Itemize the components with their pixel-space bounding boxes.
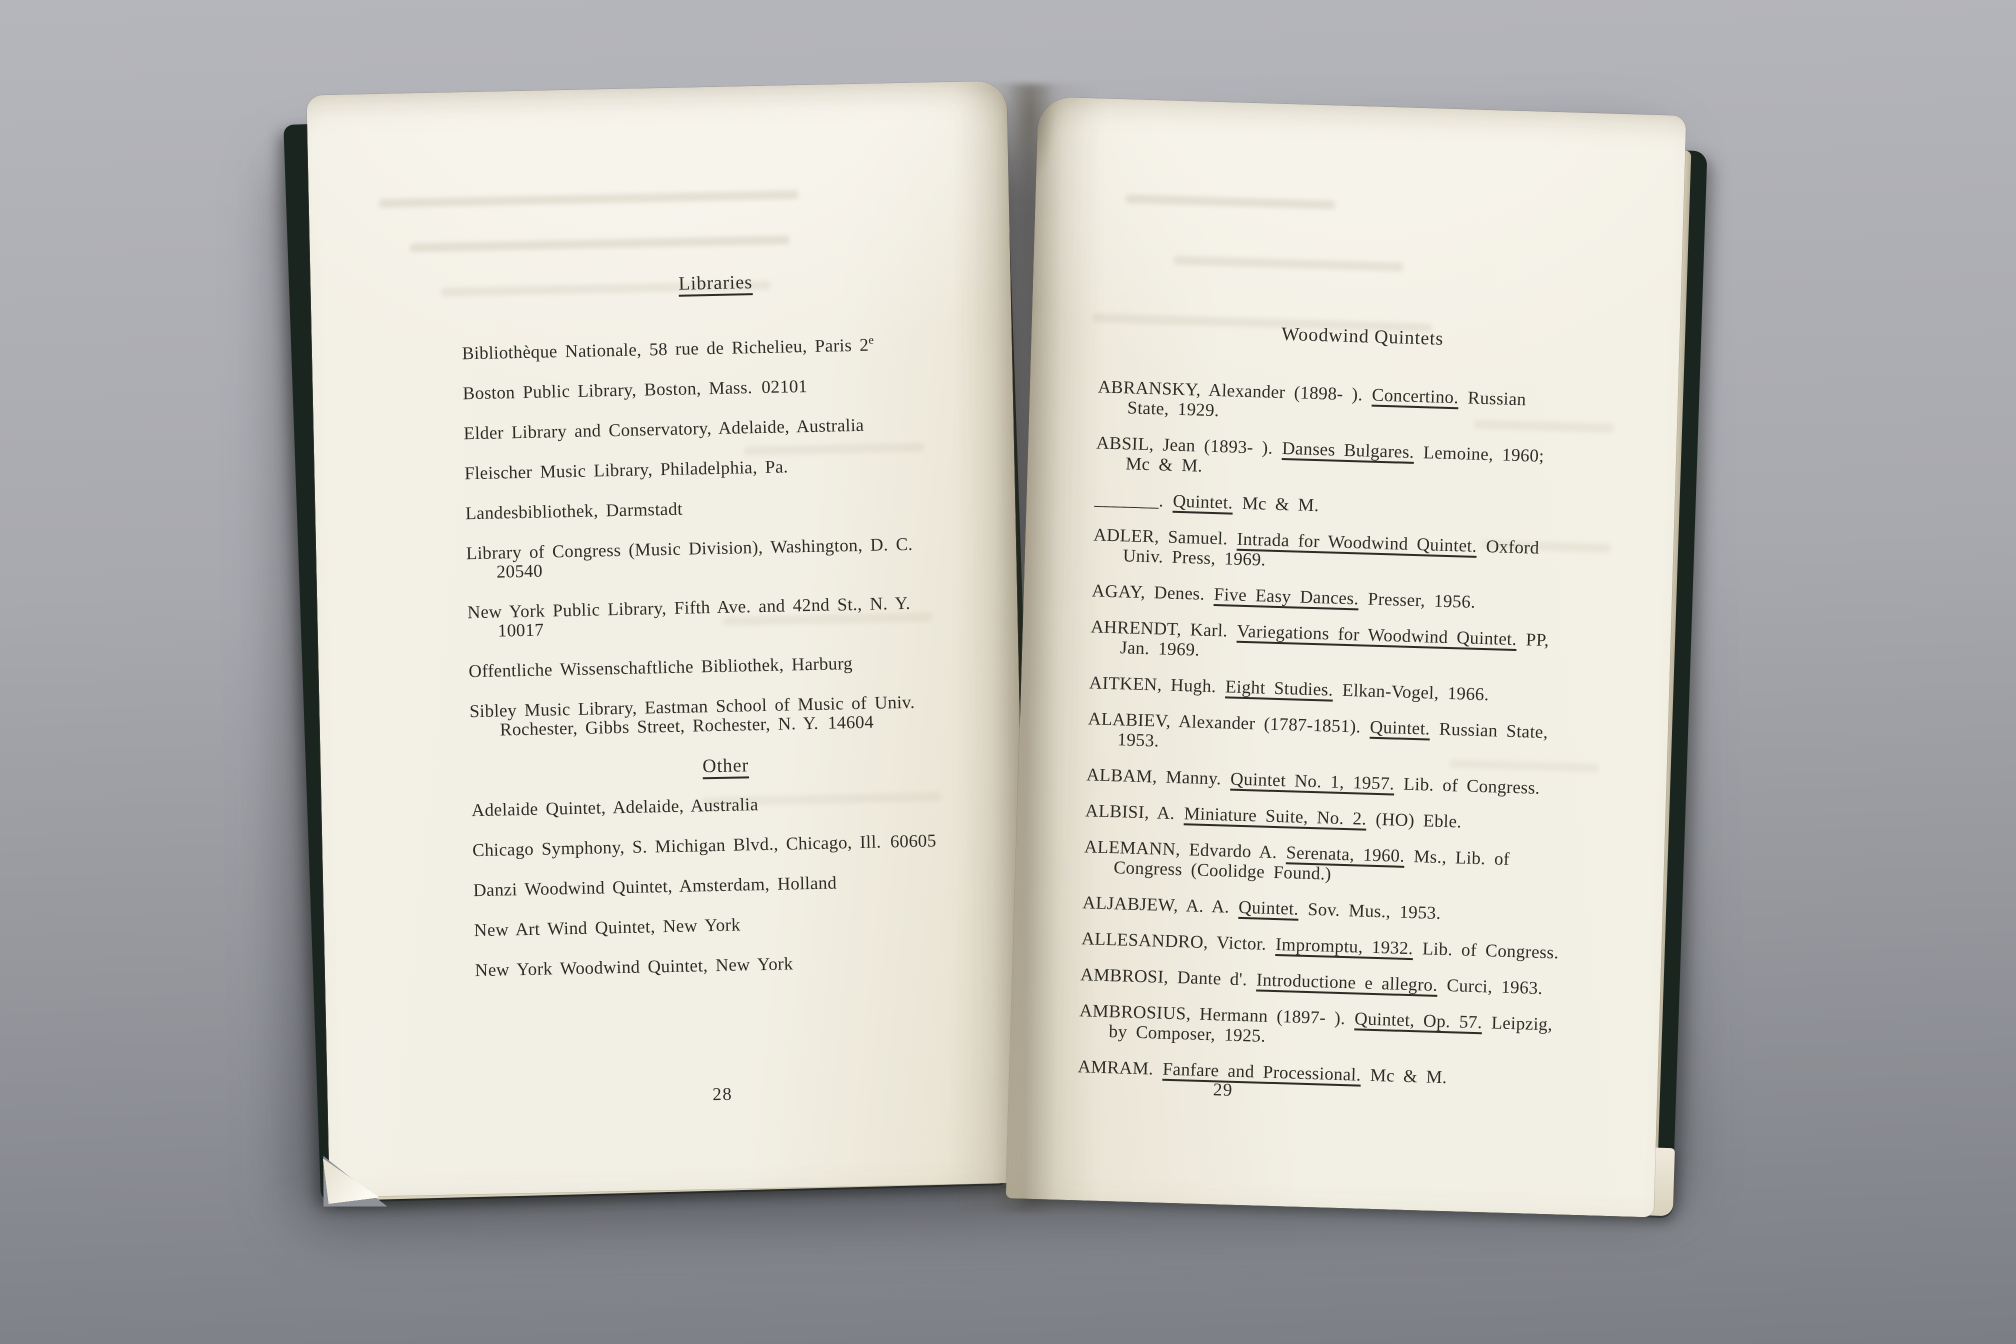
entry-text: PP, — [1516, 629, 1549, 650]
entry-text: Russian — [1458, 387, 1526, 409]
bibliography-entry: New Art Wind Quintet, New York — [474, 910, 984, 940]
entry-text: Leipzig, — [1482, 1012, 1553, 1034]
woodwind-quintets-entries: ABRANSKY, Alexander (1898- ). Concertino… — [1077, 377, 1624, 1092]
entry-text: ALLESANDRO, Victor. — [1081, 928, 1276, 954]
entry-text: State, 1929. — [1127, 397, 1219, 420]
entry-text: AGAY, Denes. — [1092, 580, 1215, 604]
bibliography-entry: ADLER, Samuel. Intrada for Woodwind Quin… — [1093, 524, 1620, 580]
bibliography-entry: ALEMANN, Edvardo A. Serenata, 1960. Ms.,… — [1083, 836, 1610, 892]
page-title-woodwind-quintets: Woodwind Quintets — [1099, 319, 1625, 357]
bibliography-entry: Landesbibliothek, Darmstadt — [465, 494, 975, 524]
entry-text: Ms., Lib. of — [1404, 846, 1510, 869]
entry-text: ADLER, Samuel. — [1093, 524, 1237, 548]
other-entries: Adelaide Quintet, Adelaide, AustraliaChi… — [471, 790, 985, 980]
entry-text: New York Public Library, Fifth Ave. and … — [467, 593, 910, 622]
entry-text: Sov. Mus., 1953. — [1298, 899, 1441, 923]
entry-text: Mc & M. — [1125, 453, 1202, 475]
entry-text: ALJABJEW, A. A. — [1082, 892, 1239, 917]
entry-text: Bibliothèque Nationale, 58 rue de Richel… — [462, 335, 869, 364]
bibliography-entry: AITKEN, Hugh. Eight Studies. Elkan-Vogel… — [1089, 672, 1615, 708]
bibliography-entry: ABSIL, Jean (1893- ). Danses Bulgares. L… — [1095, 433, 1622, 489]
entry-text: Lemoine, 1960; — [1414, 442, 1545, 466]
bibliography-entry: ALLESANDRO, Victor. Impromptu, 1932. Lib… — [1081, 928, 1607, 964]
underlined-work-title: Intrada for Woodwind Quintet. — [1237, 529, 1477, 556]
entry-text: 10017 — [498, 620, 544, 641]
section-title-other: Other — [471, 750, 981, 783]
entry-text: ALBISI, A. — [1085, 800, 1184, 823]
entry-text: Offentliche Wissenschaftliche Bibliothek… — [468, 653, 852, 681]
underlined-work-title: Quintet. — [1238, 897, 1299, 919]
entry-text: Curci, 1963. — [1437, 975, 1543, 998]
entry-text: 20540 — [496, 561, 542, 582]
bibliography-entry: Library of Congress (Music Division), Wa… — [466, 534, 977, 583]
bibliography-entry: _______. Quintet. Mc & M. — [1094, 488, 1620, 524]
bibliography-entry: AMBROSIUS, Hermann (1897- ). Quintet, Op… — [1079, 1000, 1606, 1056]
libraries-entries: Bibliothèque Nationale, 58 rue de Richel… — [462, 334, 980, 741]
underlined-work-title: Eight Studies. — [1225, 676, 1333, 699]
bibliography-entry: ABRANSKY, Alexander (1898- ). Concertino… — [1097, 377, 1624, 433]
underlined-work-title: Impromptu, 1932. — [1275, 934, 1413, 958]
bibliography-entry: AHRENDT, Karl. Variegations for Woodwind… — [1090, 616, 1617, 672]
entry-text: Lib. of Congress. — [1394, 773, 1540, 797]
entry-text: Lib. of Congress. — [1413, 938, 1559, 962]
entry-text: New York Woodwind Quintet, New York — [475, 953, 794, 980]
section-title-libraries-label: Libraries — [678, 272, 752, 295]
entry-text: ALBAM, Manny. — [1086, 764, 1231, 788]
underlined-work-title: Quintet. — [1370, 717, 1431, 739]
entry-text: Landesbibliothek, Darmstadt — [465, 499, 683, 524]
bibliography-entry: Sibley Music Library, Eastman School of … — [469, 691, 980, 740]
bibliography-entry: New York Woodwind Quintet, New York — [475, 950, 985, 980]
entry-text: by Composer, 1925. — [1109, 1021, 1266, 1046]
entry-text: Russian State, — [1430, 719, 1549, 742]
left-page: Libraries Bibliothèque Nationale, 58 rue… — [307, 81, 1030, 1197]
bibliography-entry: AMBROSI, Dante d'. Introductione e alleg… — [1080, 964, 1606, 1000]
bibliography-entry: Danzi Woodwind Quintet, Amsterdam, Holla… — [473, 870, 983, 900]
underlined-work-title: Five Easy Dances. — [1214, 584, 1359, 608]
entry-text: 1953. — [1117, 729, 1159, 750]
right-page: Woodwind Quintets ABRANSKY, Alexander (1… — [1006, 97, 1686, 1218]
bibliography-entry: ALABIEV, Alexander (1787-1851). Quintet.… — [1087, 708, 1614, 764]
bibliography-entry: Adelaide Quintet, Adelaide, Australia — [471, 790, 981, 820]
bibliography-entry: Bibliothèque Nationale, 58 rue de Richel… — [462, 334, 972, 364]
entry-text: Univ. Press, 1969. — [1123, 545, 1266, 569]
entry-text: AHRENDT, Karl. — [1090, 616, 1237, 640]
left-page-content: Libraries Bibliothèque Nationale, 58 rue… — [307, 81, 1025, 983]
underlined-work-title: Quintet, Op. 57. — [1354, 1008, 1482, 1032]
entry-text: Elder Library and Conservatory, Adelaide… — [463, 415, 864, 443]
entry-text: Jan. 1969. — [1120, 637, 1200, 659]
bibliography-entry: ALBAM, Manny. Quintet No. 1, 1957. Lib. … — [1086, 764, 1612, 800]
bibliography-entry: AGAY, Denes. Five Easy Dances. Presser, … — [1092, 580, 1618, 616]
entry-text: ABSIL, Jean (1893- ). — [1096, 433, 1282, 459]
photo-scene: Libraries Bibliothèque Nationale, 58 rue… — [0, 0, 2016, 1344]
bibliography-entry: Elder Library and Conservatory, Adelaide… — [463, 414, 973, 444]
entry-text: _______. — [1094, 488, 1173, 510]
entry-text: Chicago Symphony, S. Michigan Blvd., Chi… — [472, 830, 936, 860]
entry-text: Adelaide Quintet, Adelaide, Australia — [471, 794, 758, 820]
underlined-work-title: Miniature Suite, No. 2. — [1184, 803, 1367, 828]
entry-text: (HO) Eble. — [1366, 809, 1462, 832]
bibliography-entry: ALBISI, A. Miniature Suite, No. 2. (HO) … — [1085, 800, 1611, 836]
underlined-work-title: Variegations for Woodwind Quintet. — [1237, 621, 1517, 649]
entry-text: AITKEN, Hugh. — [1089, 672, 1226, 696]
underlined-work-title: Danses Bulgares. — [1282, 438, 1415, 462]
right-page-content: Woodwind Quintets ABRANSKY, Alexander (1… — [1009, 97, 1686, 1094]
entry-text: e — [868, 334, 874, 347]
bibliography-entry: Offentliche Wissenschaftliche Bibliothek… — [468, 652, 978, 682]
entry-text: AMBROSI, Dante d'. — [1080, 964, 1257, 989]
section-title-libraries: Libraries — [460, 268, 970, 301]
entry-text: Oxford — [1477, 536, 1540, 558]
entry-text: Library of Congress (Music Division), Wa… — [466, 534, 913, 563]
bibliography-entry: ALJABJEW, A. A. Quintet. Sov. Mus., 1953… — [1082, 892, 1608, 928]
entry-text: Presser, 1956. — [1358, 588, 1475, 611]
entry-text: Fleischer Music Library, Philadelphia, P… — [464, 456, 788, 483]
entry-text: Elkan-Vogel, 1966. — [1333, 680, 1489, 705]
bibliography-entry: Fleischer Music Library, Philadelphia, P… — [464, 454, 974, 484]
bibliography-entry: Boston Public Library, Boston, Mass. 021… — [463, 374, 973, 404]
bibliography-entry: Chicago Symphony, S. Michigan Blvd., Chi… — [472, 830, 982, 860]
dog-ear-corner-fold — [322, 1147, 384, 1204]
underlined-work-title: Concertino. — [1372, 385, 1459, 408]
entry-text: Mc & M. — [1233, 493, 1320, 516]
section-title-other-label: Other — [702, 755, 749, 777]
underlined-work-title: Introductione e allegro. — [1256, 969, 1438, 994]
entry-text: Danzi Woodwind Quintet, Amsterdam, Holla… — [473, 873, 837, 901]
entry-text: New Art Wind Quintet, New York — [474, 915, 741, 941]
underlined-work-title: Quintet. — [1173, 491, 1234, 513]
bibliography-entry: New York Public Library, Fifth Ave. and … — [467, 593, 978, 642]
entry-text: Boston Public Library, Boston, Mass. 021… — [463, 376, 808, 403]
underlined-work-title: Quintet No. 1, 1957. — [1230, 769, 1395, 794]
